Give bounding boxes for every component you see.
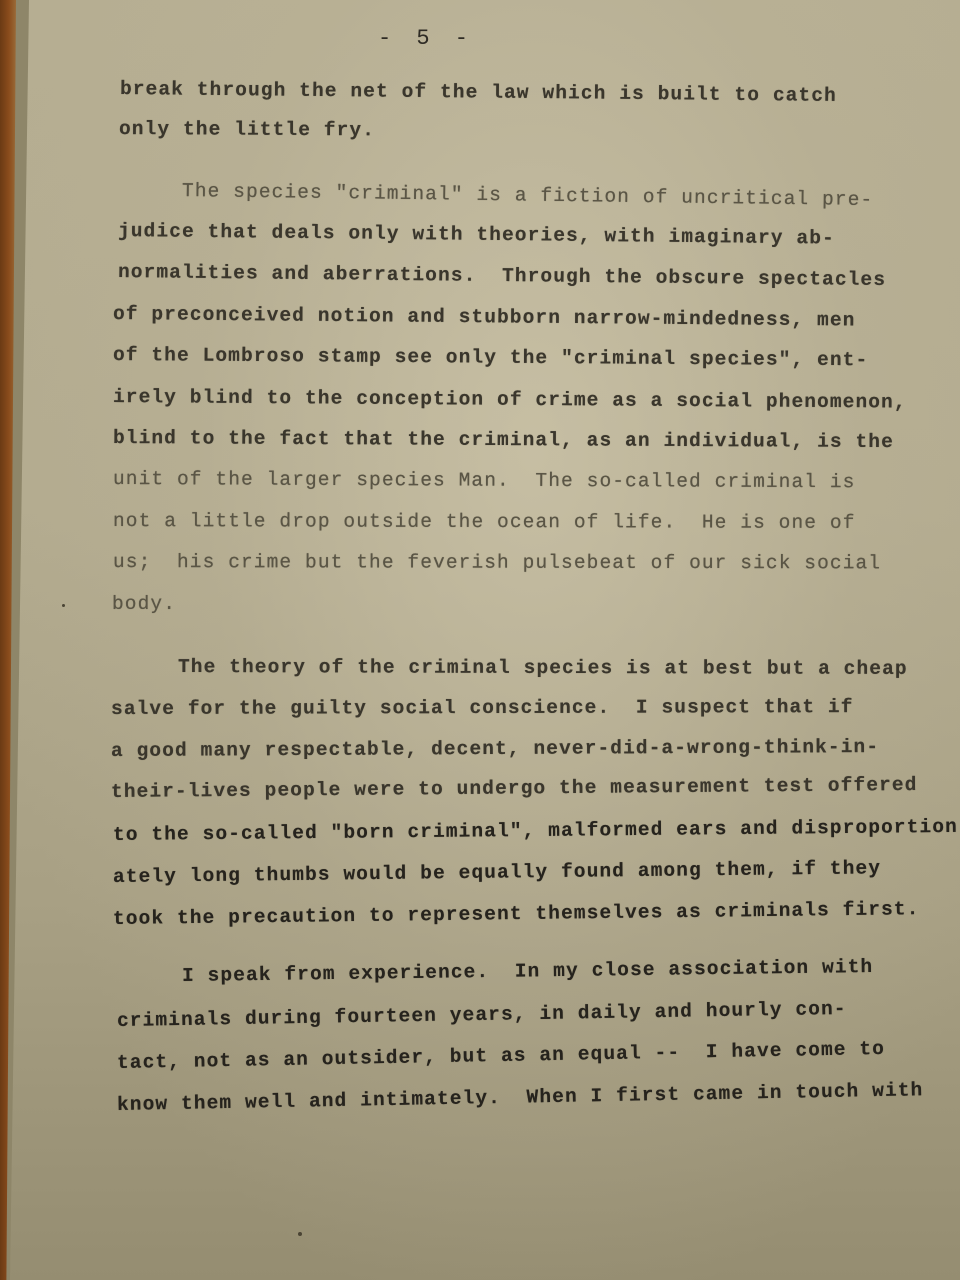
text-line: not a little drop outside the ocean of l… — [113, 510, 856, 534]
text-line: I speak from experience. In my close ass… — [182, 956, 874, 987]
paper-speck — [62, 604, 65, 607]
text-line: irely blind to the conception of crime a… — [113, 386, 907, 414]
text-line: their-lives people were to undergo the m… — [111, 774, 918, 803]
text-line: body. — [112, 593, 176, 615]
text-line: us; his crime but the feverish pulsebeat… — [113, 551, 881, 574]
text-line: The theory of the criminal species is at… — [178, 656, 908, 680]
text-line: tact, not as an outsider, but as an equa… — [117, 1038, 885, 1074]
text-line: normalities and aberrations. Through the… — [118, 261, 886, 291]
text-line: know them well and intimately. When I fi… — [117, 1079, 924, 1116]
paper-speck — [298, 1232, 302, 1236]
text-line: a good many respectable, decent, never-d… — [111, 736, 879, 762]
text-line: of the Lombroso stamp see only the "crim… — [113, 344, 868, 371]
text-line: salve for the guilty social conscience. … — [111, 696, 854, 720]
page-number: - 5 - — [378, 26, 474, 51]
text-line: ately long thumbs would be equally found… — [113, 857, 881, 888]
text-line: judice that deals only with theories, wi… — [118, 220, 835, 250]
text-line: to the so-called "born criminal", malfor… — [113, 816, 960, 846]
typewritten-page: - 5 - break through the net of the law w… — [10, 0, 960, 1280]
text-line: took the precaution to represent themsel… — [113, 898, 920, 930]
text-line: The species "criminal" is a fiction of u… — [182, 180, 874, 211]
text-line: blind to the fact that the criminal, as … — [113, 427, 894, 453]
text-line: break through the net of the law which i… — [120, 78, 837, 107]
text-line: criminals during fourteen years, in dail… — [117, 998, 847, 1032]
text-line: of preconceived notion and stubborn narr… — [113, 303, 856, 331]
text-line: unit of the larger species Man. The so-c… — [113, 468, 856, 493]
text-line: only the little fry. — [119, 118, 375, 141]
